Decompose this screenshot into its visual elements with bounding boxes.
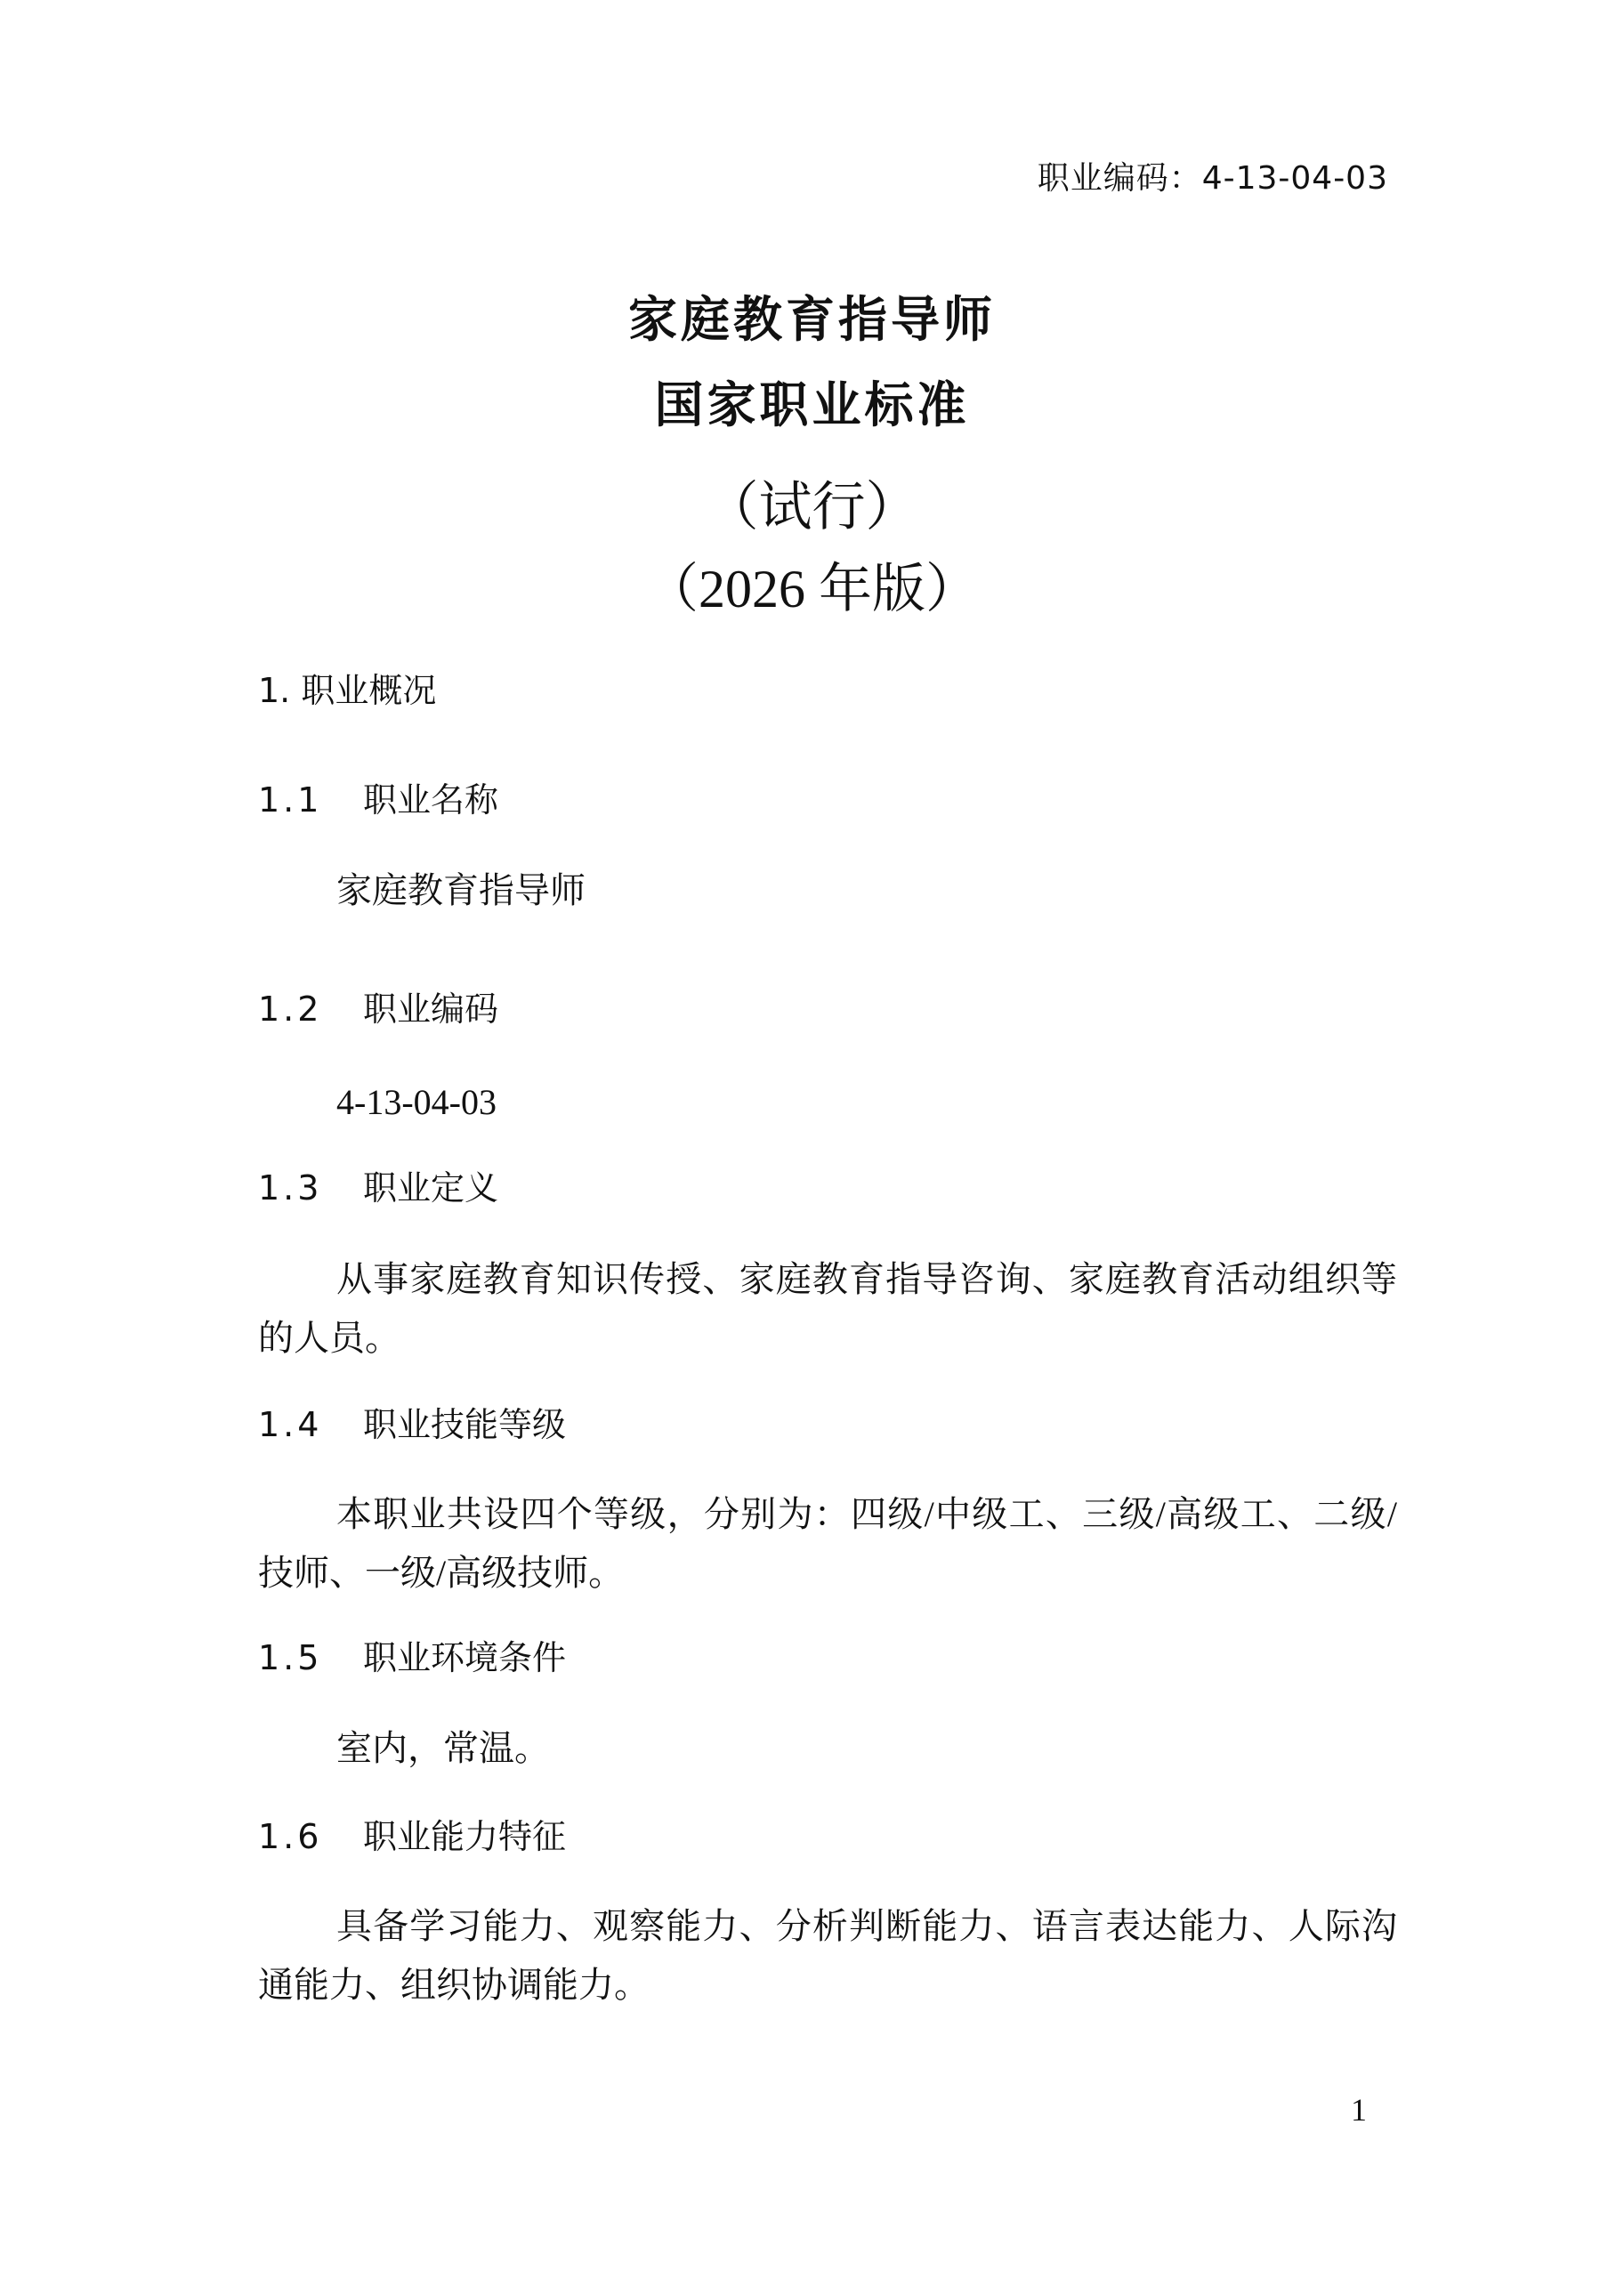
subsection-body-occupation-code: 4-13-04-03 bbox=[258, 1073, 1397, 1132]
subsection-number: 1.2 bbox=[258, 992, 363, 1026]
subsection-heading-skill-levels: 1.4 职业技能等级 bbox=[258, 1408, 566, 1442]
subsection-title: 职业环境条件 bbox=[363, 1641, 566, 1675]
document-title-line2: 国家职业标准 bbox=[0, 381, 1624, 430]
subsection-number: 1.6 bbox=[258, 1820, 363, 1854]
trial-label: （试行） bbox=[0, 481, 1624, 534]
subsection-heading-ability-traits: 1.6 职业能力特征 bbox=[258, 1820, 566, 1854]
subsection-body-occupation-definition: 从事家庭教育知识传授、家庭教育指导咨询、家庭教育活动组织等的人员。 bbox=[258, 1250, 1397, 1368]
subsection-title: 职业名称 bbox=[363, 783, 498, 817]
occupation-code-header: 职业编码：4-13-04-03 bbox=[1038, 153, 1388, 198]
subsection-title: 职业能力特征 bbox=[363, 1820, 566, 1854]
subsection-heading-occupation-definition: 1.3 职业定义 bbox=[258, 1171, 498, 1205]
subsection-heading-occupation-name: 1.1 职业名称 bbox=[258, 783, 498, 817]
edition-label: （2026 年版） bbox=[0, 562, 1624, 616]
section-heading-occupation-overview: 1. 职业概况 bbox=[258, 674, 436, 707]
subsection-heading-occupation-code: 1.2 职业编码 bbox=[258, 992, 498, 1026]
subsection-body-ability-traits: 具备学习能力、观察能力、分析判断能力、语言表达能力、人际沟通能力、组织协调能力。 bbox=[258, 1897, 1397, 2015]
subsection-title: 职业技能等级 bbox=[363, 1408, 566, 1442]
subsection-heading-work-environment: 1.5 职业环境条件 bbox=[258, 1641, 566, 1675]
subsection-number: 1.1 bbox=[258, 783, 363, 817]
subsection-title: 职业编码 bbox=[363, 992, 498, 1026]
page-number: 1 bbox=[1351, 2091, 1367, 2129]
subsection-number: 1.3 bbox=[258, 1171, 363, 1205]
subsection-body-work-environment: 室内，常温。 bbox=[258, 1719, 1397, 1778]
subsection-number: 1.4 bbox=[258, 1408, 363, 1442]
document-page: 职业编码：4-13-04-03 家庭教育指导师 国家职业标准 （试行） （202… bbox=[0, 0, 1624, 2278]
document-title-line1: 家庭教育指导师 bbox=[0, 295, 1624, 344]
subsection-number: 1.5 bbox=[258, 1641, 363, 1675]
subsection-body-occupation-name: 家庭教育指导师 bbox=[258, 861, 1397, 920]
subsection-title: 职业定义 bbox=[363, 1171, 498, 1205]
subsection-body-skill-levels: 本职业共设四个等级，分别为：四级/中级工、三级/高级工、二级/技师、一级/高级技… bbox=[258, 1485, 1397, 1603]
